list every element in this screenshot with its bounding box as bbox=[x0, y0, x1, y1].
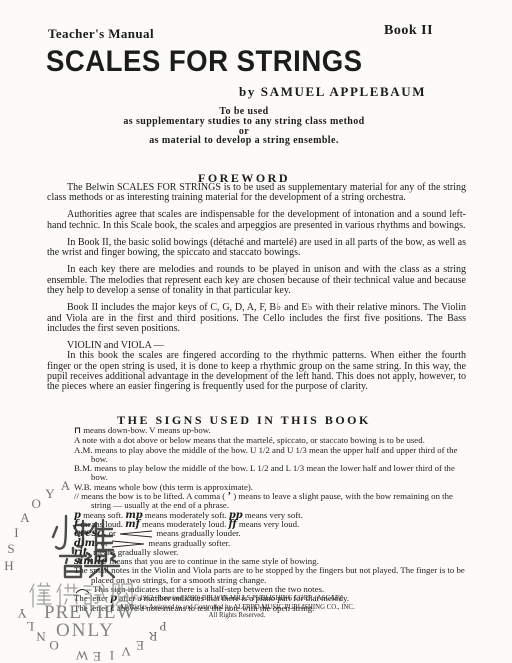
copyright-line: All Rights Reserved. bbox=[0, 612, 474, 621]
watermark-only-label: ONLY bbox=[56, 620, 115, 642]
watermark-ring-letter: R bbox=[148, 628, 157, 644]
copyright-line: All Rights Assigned to and Controlled by… bbox=[0, 604, 474, 613]
breath-comma-icon: ’ bbox=[227, 490, 231, 502]
sign-item: A.M. means to play above the middle of t… bbox=[74, 446, 465, 465]
watermark-ring-letter: Y bbox=[45, 486, 54, 502]
foreword-paragraph: The Belwin SCALES FOR STRINGS is to be u… bbox=[47, 183, 466, 204]
watermark-ring-letter: A bbox=[20, 510, 29, 526]
watermark-ring-letter: V bbox=[122, 643, 131, 659]
cresc-sign-icon bbox=[118, 528, 154, 538]
watermark-ring-letter: E bbox=[136, 637, 144, 653]
foreword-body: The Belwin SCALES FOR STRINGS is to be u… bbox=[47, 183, 466, 393]
watermark-ring-letter: I bbox=[110, 647, 114, 663]
page-title: SCALES FOR STRINGS bbox=[46, 45, 363, 79]
foreword-paragraph: In Book II, the basic solid bowings (dét… bbox=[47, 238, 466, 259]
watermark-ring-letter: N bbox=[36, 628, 45, 644]
sign-item: The small notes in the Violin and Viola … bbox=[74, 566, 465, 585]
copyright-line: © 1962 (Renewed 1990) BELWIN-MILLS PUBLI… bbox=[0, 595, 474, 604]
author-byline: by SAMUEL APPLEBAUM bbox=[239, 84, 426, 100]
watermark-ring-letter: O bbox=[32, 496, 41, 512]
watermark-ring-letter: O bbox=[49, 637, 58, 653]
foreword-paragraph: Book II includes the major keys of C, G,… bbox=[47, 303, 466, 334]
manual-type-label: Teacher's Manual bbox=[48, 26, 154, 42]
copyright-notice: © 1962 (Renewed 1990) BELWIN-MILLS PUBLI… bbox=[0, 595, 474, 621]
sign-item: B.M. means to play below the middle of t… bbox=[74, 464, 465, 483]
watermark-ring-letter: E bbox=[93, 648, 101, 663]
sign-item: // means the bow is to be lifted. A comm… bbox=[74, 492, 465, 511]
violin-viola-paragraph: In this book the scales are fingered acc… bbox=[47, 351, 466, 392]
signs-list: ⊓ means down-bow. V means up-bow.A note … bbox=[74, 426, 465, 613]
scanned-music-book-page: Teacher's Manual Book II SCALES FOR STRI… bbox=[0, 0, 512, 663]
watermark-ring-letter: W bbox=[76, 647, 88, 663]
usage-line: as material to develop a string ensemble… bbox=[0, 136, 488, 146]
watermark-ring-letter: S bbox=[7, 541, 14, 557]
watermark-ring-letter: H bbox=[4, 558, 13, 574]
book-number-label: Book II bbox=[384, 23, 433, 39]
foreword-paragraph: Authorities agree that scales are indisp… bbox=[47, 210, 466, 231]
foreword-paragraph: In each key there are melodies and round… bbox=[47, 265, 466, 296]
watermark-ring-letter: A bbox=[61, 478, 70, 494]
usage-statement: To be usedas supplementary studies to an… bbox=[0, 107, 488, 146]
watermark-ring-letter: I bbox=[14, 525, 18, 541]
